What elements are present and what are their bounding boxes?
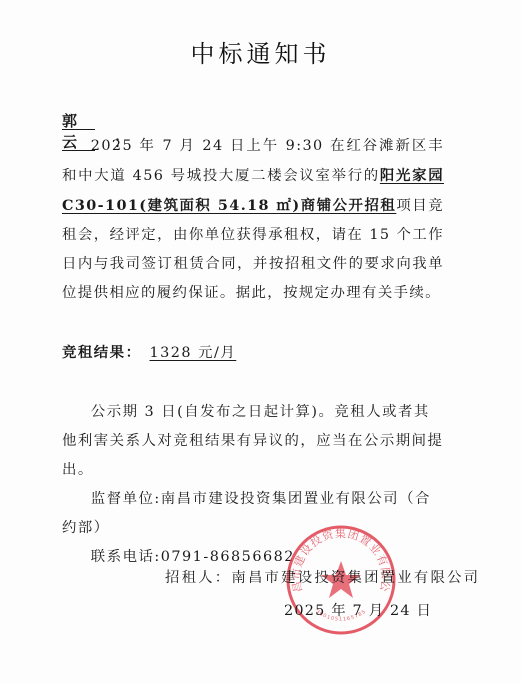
publicity-paragraph: 公示期 3 日(自发布之日起计算)。竞租人或者其他利害关系人对竞租结果有异议的，… [62, 398, 444, 485]
bid-result-value: 1328 元/月 [141, 345, 244, 361]
document-title: 中标通知书 [0, 34, 521, 69]
signature-date: 2025 年 7 月 24 日 [284, 599, 432, 620]
body-paragraph: 2025 年 7 月 24 日上午 9:30 在红谷滩新区丰和中大道 456 号… [62, 132, 444, 308]
supervisor-line: 监督单位:南昌市建设投资集团置业有限公司（合约部） [62, 485, 444, 543]
notice-document: 中标通知书 郭 云： 2025 年 7 月 24 日上午 9:30 在红谷滩新区… [0, 0, 521, 684]
landlord-signature: 招租人：南昌市建设投资集团置业有限公司 [165, 566, 480, 587]
bid-result-label: 竞租结果： [62, 345, 141, 361]
notice-section: 公示期 3 日(自发布之日起计算)。竞租人或者其他利害关系人对竞租结果有异议的，… [62, 398, 444, 572]
bid-result: 竞租结果：1328 元/月 [62, 341, 244, 362]
